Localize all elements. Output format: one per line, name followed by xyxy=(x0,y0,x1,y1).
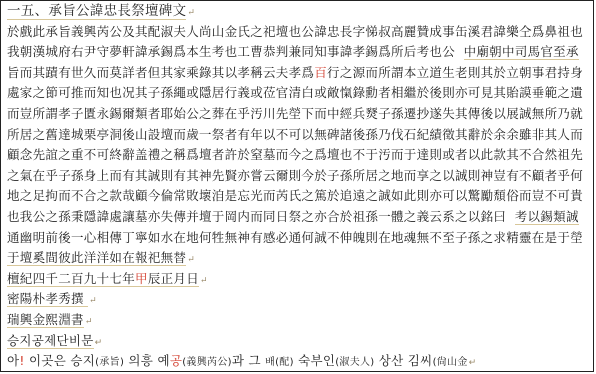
text-line: 通幽明前後一心相傳丁寧如水在地何牲無神有感必通何誠不伸魄則在地魂無不至子孫之求精… xyxy=(7,228,589,249)
paragraph-mark-icon: ↵ xyxy=(200,276,208,286)
text-line: 所居之舊達城栗亭洞後山設壇而歲一祭者有年以不可以無碑諸後孫乃伐石紀績徵其辭於余余… xyxy=(7,125,589,146)
text-line: 旨而其蹟有世久而莫詳者但其家乘錄其以孝稱云夫孝爲百行之源而所謂本立道生老則其於立… xyxy=(7,63,589,84)
text-line: 我朝漢城府右尹守夢軒諱承錫爲本生考也工曹恭判兼同知事諱孝錫爲所后考也公 中廟朝中… xyxy=(7,42,589,63)
text-segment: 檀紀四千二百九十七年 xyxy=(7,271,135,286)
hanja-gloss: 배(配) xyxy=(265,357,294,368)
hanja-gloss: (承旨) xyxy=(95,357,124,368)
hanja-gloss: (義興芮公) xyxy=(182,357,232,368)
text-line: 也我公之孫秉隱諱處讓墓亦失傳并壇于岡内而同日祭之亦合於祖孫一體之義云系之以銘曰 … xyxy=(7,207,589,228)
hanja-gloss: (淑夫人) xyxy=(335,357,374,368)
text-segment: 旨而其蹟有世久而莫詳者但其家乘錄其以孝稱云夫孝爲 xyxy=(7,65,314,80)
text-segment: 我朝漢城府右尹守夢軒諱承錫爲本生考也工曹恭判兼同知事諱孝錫爲所后考也公 xyxy=(7,44,455,59)
korean-title-line: 승지공제단비문↵ xyxy=(7,331,589,352)
document-body: 一五、承旨公諱忠長祭壇碑文↵ 於戲此承旨義興芮公及其配淑夫人尚山金氏之祀壇也公諱… xyxy=(7,1,589,372)
text-segment: 辰正月日 xyxy=(148,271,199,286)
author-line: 密陽朴孝秀撰 ↵ xyxy=(7,289,589,310)
text-line: 顧念先誼之重不可終辭盖禮之稱爲壇者許於窒墓而今之爲壇也不于汚而于達則或者以此款其… xyxy=(7,145,589,166)
text-segment: 也我公之孫秉隱諱處讓墓亦失傳并壇于岡内而同日祭之亦合於祖孫一體之義云系之以銘曰 xyxy=(7,209,506,224)
highlighted-char: 甲 xyxy=(135,271,148,286)
paragraph-mark-icon: ↵ xyxy=(95,338,103,348)
text-line: 於戲此承旨義興芮公及其配淑夫人尚山金氏之祀壇也公諱忠長字悌叔高麗贊成事缶溪君諱樂… xyxy=(7,22,589,43)
text-segment: 이곳은 승지 xyxy=(25,353,95,368)
korean-text-line: 아! 이곳은 승지(承旨) 의흥 예공(義興芮公)과 그 배(配) 숙부인(淑夫… xyxy=(7,351,589,372)
paragraph-mark-icon: ↵ xyxy=(85,317,93,327)
text-line: 之氣在乎子孫身上而有其誠則有其神先賢亦嘗云爾則今於子孫所居之地而享之以誠則神豈有… xyxy=(7,166,589,187)
text-segment: 行之源而所謂本立道生老則其於立朝事君持身 xyxy=(327,65,583,80)
korean-title-text: 승지공제단비문 xyxy=(7,333,94,349)
calligrapher-line: 瑞興金熙淵書↵ xyxy=(7,310,589,331)
title-text: 一五、承旨公諱忠長祭壇碑文 xyxy=(7,3,186,20)
text-segment: 于壇奚間彼此洋洋如在報祀無替 xyxy=(7,250,186,266)
underlined-segment: 考以錫類誠 xyxy=(515,209,579,225)
underlined-segment: 中廟朝中司馬官至承 xyxy=(464,44,579,60)
paragraph-mark-icon: ↵ xyxy=(469,358,477,368)
text-segment: 숙부인 xyxy=(294,353,335,368)
section-title: 一五、承旨公諱忠長祭壇碑文↵ xyxy=(7,1,589,22)
text-segment: 과 그 xyxy=(232,353,265,368)
document-page: 一五、承旨公諱忠長祭壇碑文↵ 於戲此承旨義興芮公及其配淑夫人尚山金氏之祀壇也公諱… xyxy=(0,0,594,372)
author-text: 密陽朴孝秀撰 xyxy=(7,291,88,307)
date-line: 檀紀四千二百九十七年甲辰正月日↵ xyxy=(7,269,589,290)
text-segment: 아 xyxy=(7,353,19,368)
paragraph-mark-icon: ↵ xyxy=(187,255,195,265)
hanja-gloss: (尙山金 xyxy=(433,357,468,368)
highlighted-char: 百 xyxy=(314,65,327,80)
paragraph-mark-icon: ↵ xyxy=(187,8,195,18)
text-segment: 의흥 예 xyxy=(124,353,170,368)
calligrapher-text: 瑞興金熙淵書 xyxy=(7,312,84,328)
text-line: 而豈所謂孝子匱永錫爾類者耶始公之葬在乎汚川先塋下而中經兵燹子孫遷抄遂失其傳後以展… xyxy=(7,104,589,125)
text-line: 于壇奚間彼此洋洋如在報祀無替↵ xyxy=(7,248,589,269)
highlighted-char: 공 xyxy=(170,353,182,368)
text-line: 地之足拘而不合之款哉顧今倫常敗壞洎是忘光而芮氏之篤於追遠之誠如此則亦可以驚勵頹俗… xyxy=(7,186,589,207)
text-line: 處家之節可推而知也况其子孫繩或隱居行義或莅官清白或敵愾錄勳者相繼於後則亦可見其貽… xyxy=(7,83,589,104)
text-segment: 상산 김씨 xyxy=(375,353,433,368)
paragraph-mark-icon: ↵ xyxy=(89,296,97,306)
